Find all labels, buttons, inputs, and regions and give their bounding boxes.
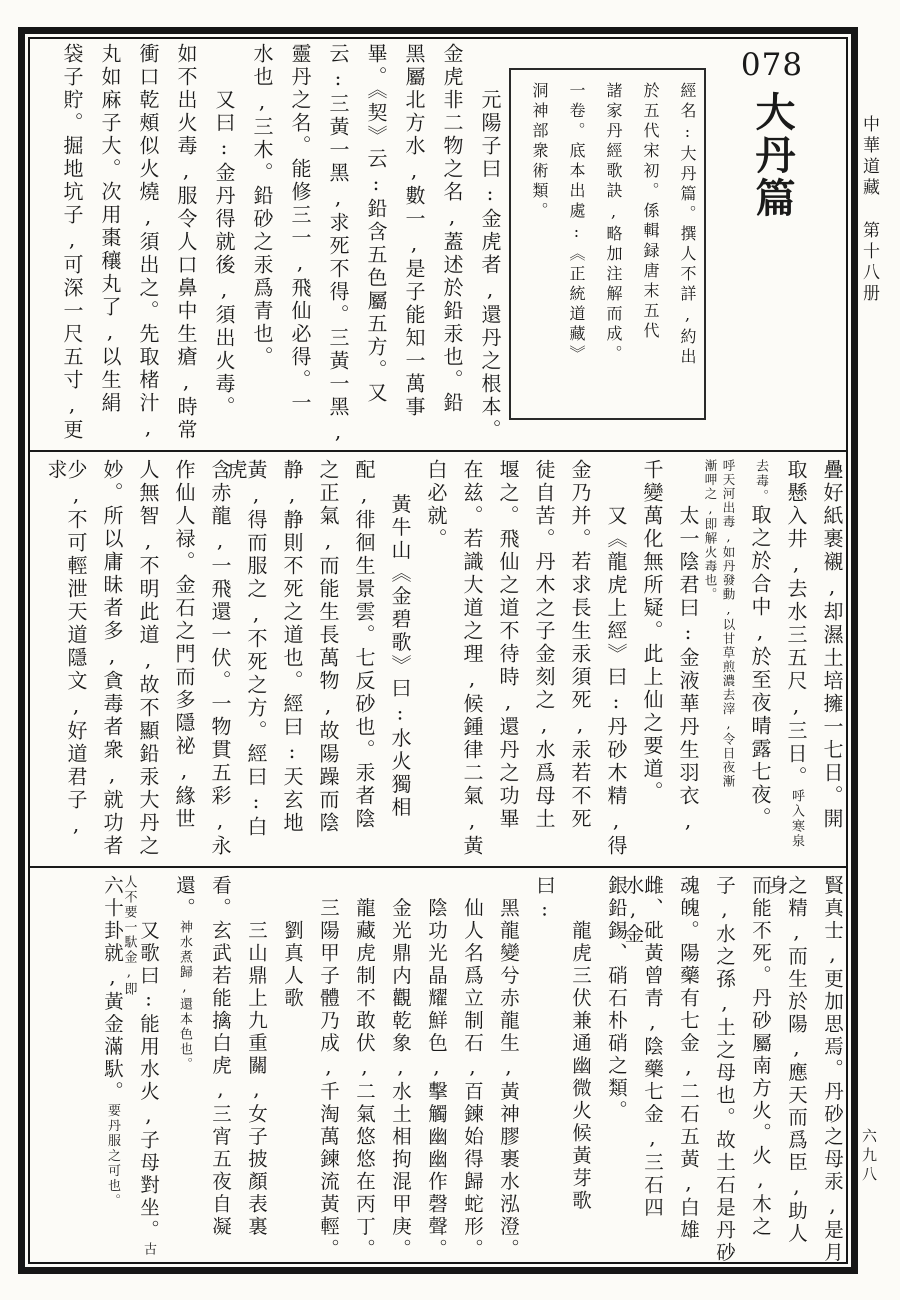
colophon-text: 經名:大丹篇。撰人不詳,約出於五代宋初。係輯録唐末五代諸家丹經歌訣,略加注解而成…: [517, 82, 695, 408]
indent-spacer: [400, 459, 401, 494]
text-column: 之精,而生於陽,應天而爲臣,助人身: [770, 875, 806, 1265]
text-column: 金光鼎内觀乾象,水土相拘混甲庚。: [374, 875, 410, 1265]
column-text: 於五代宋初。係輯録唐末五代: [641, 82, 660, 342]
band-divider: [30, 866, 846, 868]
column-text: 曰:: [533, 875, 556, 924]
column-text: 黑屬北方水,數一,是子能知一萬事: [402, 43, 426, 419]
text-column: 又歌曰:能用水火,子母對坐。古人不要一馱金,即: [122, 875, 158, 1265]
column-text: 堰之。飛仙之道不待時,還丹之功畢: [496, 459, 520, 831]
column-text: 金乃并。若求長生汞須死,汞若不死: [568, 459, 592, 831]
band-bottom-columns: 賢真士,更加思焉。丹砂之母汞,是月之精,而生於陽,應天而爲臣,助人身而能不死。丹…: [34, 875, 842, 1265]
text-column: 畢。《契》云:鉛含五色屬五方。又: [348, 43, 386, 447]
text-column: 元陽子曰:金虎者,還丹之根本。: [462, 43, 500, 447]
band-middle: 疊好紙裹襯,却濕土培擁一七日。開取懸入井,去水三五尺,三日。呼入寒泉去毒。取之於…: [34, 459, 842, 861]
scanned-book-page: 中華道藏第十八册 六九八 078 大丹篇 經名:大丹篇。撰人不詳,約出於五代宋初…: [0, 0, 900, 1300]
column-text: 丸如麻子大。次用棗穰丸了,以生絹: [98, 43, 122, 415]
column-text: 靈丹之名。能修三一,飛仙必得。一: [288, 43, 312, 415]
text-column: 銀鉛錫、硝石朴硝之類。: [590, 875, 626, 1265]
indent-spacer: [580, 875, 581, 920]
column-text: 取之於合中,於至夜晴露七夜。: [748, 504, 772, 830]
column-text: 金光鼎内觀乾象,水土相拘混甲庚。: [389, 898, 412, 1262]
column-text: 諸家丹經歌訣,略加注解而成。: [604, 82, 623, 365]
column-text: 又曰:金丹得就後,須出火毒。: [212, 89, 236, 419]
band-top-columns: 元陽子曰:金虎者,還丹之根本。金虎非二物之名,蓋述於鉛汞也。鉛黑屬北方水,數一,…: [34, 43, 500, 447]
column-text: 少,不可輕泄天道隱文,好道君子,求: [44, 459, 88, 839]
chapter-number: 078: [730, 45, 814, 85]
text-column: 配,徘徊生景雲。七反砂也。汞者陰: [338, 459, 374, 861]
small-note-text: 要丹服之可也。: [105, 1104, 120, 1209]
indent-spacer: [490, 43, 491, 89]
text-column: 靈丹之名。能修三一,飛仙必得。一: [272, 43, 310, 447]
column-text: 在兹。若識大道之理,候鍾律二氣,黃: [460, 459, 484, 858]
indent-spacer: [224, 43, 225, 89]
text-column: 丸如麻子大。次用棗穰丸了,以生絹: [82, 43, 120, 447]
text-column: 疊好紙裹襯,却濕土培擁一七日。開: [806, 459, 842, 861]
column-text: 云:三黃一黑,求死不得。三黃一黑,: [326, 43, 350, 446]
column-text: 取懸入井,去水三五尺,三日。: [784, 459, 808, 789]
text-column: 曰:: [518, 875, 554, 1265]
column-text: 黃牛山《金碧歌》曰:水火獨相: [388, 494, 412, 820]
column-text: 一卷。底本出處:《正統道藏》: [567, 82, 586, 365]
text-column: 於五代宋初。係輯録唐末五代: [621, 82, 658, 408]
column-text: 人無智,不明此道,故不顯鉛汞大丹之: [136, 459, 160, 858]
text-column: [50, 875, 86, 1265]
column-text: 衝口乾頰似火燒,須出之。先取楮汁,: [136, 43, 160, 442]
text-column: 金乃并。若求長生汞須死,汞若不死: [554, 459, 590, 861]
column-text: 劉真人歌: [281, 920, 304, 1010]
text-column: 在兹。若識大道之理,候鍾律二氣,黃: [446, 459, 482, 861]
column-text: 白必就。: [424, 459, 448, 551]
text-column: 水也,三木。鉛砂之汞爲青也。: [234, 43, 272, 447]
text-column: 少,不可輕泄天道隱文,好道君子,求: [50, 459, 86, 861]
text-column: 陰功光晶耀鮮色,擊觸幽幽作磬聲。: [410, 875, 446, 1265]
text-column: 黑龍變兮赤龍生,黃神膠裹水泓澄。: [482, 875, 518, 1265]
text-column: 又《龍虎上經》曰:丹砂木精,得: [590, 459, 626, 861]
column-text: 魂魄。陽藥有七金,二石五黃,白雄: [677, 875, 700, 1242]
text-column: 千變萬化無所疑。此上仙之要道。: [626, 459, 662, 861]
column-text: 看。玄武若能擒白虎,三宵五夜自凝: [209, 875, 232, 1239]
text-column: 太一陰君曰:金液華丹生羽衣,: [662, 459, 698, 861]
chapter-heading: 078 大丹篇: [730, 45, 814, 220]
volume-label: 第十八册: [859, 221, 879, 305]
inner-rule: 078 大丹篇 經名:大丹篇。撰人不詳,約出於五代宋初。係輯録唐末五代諸家丹經歌…: [28, 37, 848, 1264]
page-content: 078 大丹篇 經名:大丹篇。撰人不詳,約出於五代宋初。係輯録唐末五代諸家丹經歌…: [34, 43, 842, 1258]
text-column: 又曰:金丹得就後,須出火毒。: [196, 43, 234, 447]
column-text: 黑龍變兮赤龍生,黃神膠裹水泓澄。: [497, 898, 520, 1262]
annotation-line: 漸呷之,即解火毒也。: [698, 459, 716, 861]
band-top: 078 大丹篇 經名:大丹篇。撰人不詳,約出於五代宋初。係輯録唐末五代諸家丹經歌…: [34, 43, 842, 447]
text-column: 龍藏虎制不敢伏,二氣悠悠在丙丁。: [338, 875, 374, 1265]
text-column: 看。玄武若能擒白虎,三宵五夜自凝: [194, 875, 230, 1265]
indent-spacer: [616, 459, 617, 505]
column-text: 三陽甲子體乃成,千淘萬鍊流黃輕。: [317, 898, 340, 1262]
annotation-line: 呼天河出毒,如丹發動,以甘草煎濃去滓,令日夜漸: [716, 459, 734, 861]
column-text: 仙人名爲立制石,百鍊始得歸蛇形。: [461, 898, 484, 1262]
column-text: 作仙人禄。金石之門而多隱祕,緣世: [172, 459, 196, 831]
text-column: 龍虎三伏兼通幽微火候黃芽歌: [554, 875, 590, 1265]
column-text: 銀鉛錫、硝石朴硝之類。: [605, 875, 628, 1123]
text-column: 經名:大丹篇。撰人不詳,約出: [658, 82, 695, 408]
text-column: 静,静則不死之道也。經曰:天玄地: [266, 459, 302, 861]
band-divider: [30, 450, 846, 452]
text-column: 賢真士,更加思焉。丹砂之母汞,是月: [806, 875, 842, 1265]
column-text: 經名:大丹篇。撰人不詳,約出: [678, 82, 697, 368]
column-text: 静,静則不死之道也。經曰:天玄地: [280, 459, 304, 835]
column-text: 六十卦就,黃金滿馱。: [101, 875, 124, 1104]
column-text: 畢。《契》云:鉛含五色屬五方。又: [364, 43, 388, 405]
column-text: 又歌曰:能用水火,子母對坐。: [137, 920, 160, 1242]
text-column: 一卷。底本出處:《正統道藏》: [547, 82, 584, 408]
text-column: 去毒。取之於合中,於至夜晴露七夜。: [734, 459, 770, 861]
column-text: 賢真士,更加思焉。丹砂之母汞,是月: [821, 875, 844, 1265]
band-bottom: 賢真士,更加思焉。丹砂之母汞,是月之精,而生於陽,應天而爲臣,助人身而能不死。丹…: [34, 875, 842, 1265]
text-column: 而能不死。丹砂屬南方火。火,木之: [734, 875, 770, 1265]
text-column: 魂魄。陽藥有七金,二石五黃,白雄: [662, 875, 698, 1265]
text-column: 三陽甲子體乃成,千淘萬鍊流黃輕。: [302, 875, 338, 1265]
column-text: 還。: [173, 875, 196, 920]
text-column: 六十卦就,黃金滿馱。要丹服之可也。: [86, 875, 122, 1265]
band-middle-columns: 疊好紙裹襯,却濕土培擁一七日。開取懸入井,去水三五尺,三日。呼入寒泉去毒。取之於…: [34, 459, 842, 861]
text-column: 含赤龍,一飛還一伏。一物貫五彩,永: [194, 459, 230, 861]
column-text: 元陽子曰:金虎者,還丹之根本。: [478, 89, 502, 442]
text-column: 三山鼎上九重關,女子披顏表裏: [230, 875, 266, 1265]
label-gap: [869, 199, 870, 221]
text-column: 堰之。飛仙之道不待時,還丹之功畢: [482, 459, 518, 861]
column-text: 如不出火毒,服令人口鼻中生瘡,時常: [174, 43, 198, 442]
small-note-text: 去毒。: [753, 459, 768, 504]
text-column: 仙人名爲立制石,百鍊始得歸蛇形。: [446, 875, 482, 1265]
column-text: 配,徘徊生景雲。七反砂也。汞者陰: [352, 459, 376, 831]
text-column: 雌、砒黃曾青,陰藥七金,三石四水,金: [626, 875, 662, 1265]
indent-spacer: [472, 875, 473, 898]
indent-spacer: [436, 875, 437, 898]
text-column: 取懸入井,去水三五尺,三日。呼入寒泉: [770, 459, 806, 861]
column-text: 之正氣,而能生長萬物,故陽躁而陰: [316, 459, 340, 835]
indent-spacer: [508, 875, 509, 898]
column-text: 龍虎三伏兼通幽微火候黃芽歌: [569, 920, 592, 1213]
column-text: 太一陰君曰:金液華丹生羽衣,: [676, 505, 700, 835]
column-text: 金虎非二物之名,蓋述於鉛汞也。鉛: [440, 43, 464, 415]
indent-spacer: [364, 875, 365, 898]
text-column: 黑屬北方水,數一,是子能知一萬事: [386, 43, 424, 447]
text-column: 洞神部衆術類。: [510, 82, 547, 408]
indent-spacer: [688, 459, 689, 505]
text-column: 之正氣,而能生長萬物,故陽躁而陰: [302, 459, 338, 861]
text-column: 黃牛山《金碧歌》曰:水火獨相: [374, 459, 410, 861]
text-column: 諸家丹經歌訣,略加注解而成。: [584, 82, 621, 408]
text-column: 如不出火毒,服令人口鼻中生瘡,時常: [158, 43, 196, 447]
text-column: 人無智,不明此道,故不顯鉛汞大丹之: [122, 459, 158, 861]
text-column: 子,水之孫,土之母也。故土石是丹砂: [698, 875, 734, 1265]
column-text: 妙。所以庸昧者多,貪毒者衆,就功者: [100, 459, 124, 858]
edition-label: 中華道藏第十八册: [860, 115, 877, 305]
text-column: 黃,得而服之,不死之方。經曰:白虎: [230, 459, 266, 861]
column-text: 子,水之孫,土之母也。故土石是丹砂: [713, 875, 736, 1265]
indent-spacer: [328, 875, 329, 898]
column-text: 洞神部衆術類。: [530, 82, 549, 222]
text-column: 作仙人禄。金石之門而多隱祕,緣世: [158, 459, 194, 861]
small-note-text: 神水煮歸,還本色也。: [177, 920, 192, 1072]
text-column: 袋子貯。掘地坑子,可深一尺五寸,更: [44, 43, 82, 447]
column-text: 疊好紙裹襯,却濕土培擁一七日。開: [820, 459, 844, 831]
column-text: 千變萬化無所疑。此上仙之要道。: [640, 459, 664, 804]
chapter-title: 大丹篇: [752, 91, 792, 220]
text-column: 妙。所以庸昧者多,貪毒者衆,就功者: [86, 459, 122, 861]
annotation-column: 呼天河出毒,如丹發動,以甘草煎濃去滓,令日夜漸漸呷之,即解火毒也。: [698, 459, 734, 861]
column-text: 而能不死。丹砂屬南方火。火,木之: [749, 875, 772, 1239]
text-column: 金虎非二物之名,蓋述於鉛汞也。鉛: [424, 43, 462, 447]
text-column: 白必就。: [410, 459, 446, 861]
text-column: 劉真人歌: [266, 875, 302, 1265]
page-number: 六九八: [861, 1128, 876, 1185]
small-note-text: 呼入寒泉: [789, 789, 804, 849]
column-text: 龍藏虎制不敢伏,二氣悠悠在丙丁。: [353, 898, 376, 1262]
colophon-box: 經名:大丹篇。撰人不詳,約出於五代宋初。係輯録唐末五代諸家丹經歌訣,略加注解而成…: [509, 68, 706, 420]
indent-spacer: [400, 875, 401, 898]
column-text: 水也,三木。鉛砂之汞爲青也。: [250, 43, 274, 369]
text-column: 徒自苦。丹木之子金刻之,水爲母土: [518, 459, 554, 861]
text-column: 還。神水煮歸,還本色也。: [158, 875, 194, 1265]
column-text: 袋子貯。掘地坑子,可深一尺五寸,更: [60, 43, 84, 442]
page-frame: 078 大丹篇 經名:大丹篇。撰人不詳,約出於五代宋初。係輯録唐末五代諸家丹經歌…: [18, 27, 858, 1274]
text-column: 云:三黃一黑,求死不得。三黃一黑,: [310, 43, 348, 447]
indent-spacer: [256, 875, 257, 920]
indent-spacer: [292, 875, 293, 920]
column-text: 陰功光晶耀鮮色,擊觸幽幽作磬聲。: [425, 898, 448, 1262]
column-text: 含赤龍,一飛還一伏。一物貫五彩,永: [208, 459, 232, 858]
column-text: 又《龍虎上經》曰:丹砂木精,得: [604, 505, 628, 858]
column-text: 三山鼎上九重關,女子披顏表裏: [245, 920, 268, 1239]
column-text: 徒自苦。丹木之子金刻之,水爲母土: [532, 459, 556, 831]
collection-title: 中華道藏: [859, 115, 879, 199]
text-column: 衝口乾頰似火燒,須出之。先取楮汁,: [120, 43, 158, 447]
indent-spacer: [148, 875, 149, 920]
